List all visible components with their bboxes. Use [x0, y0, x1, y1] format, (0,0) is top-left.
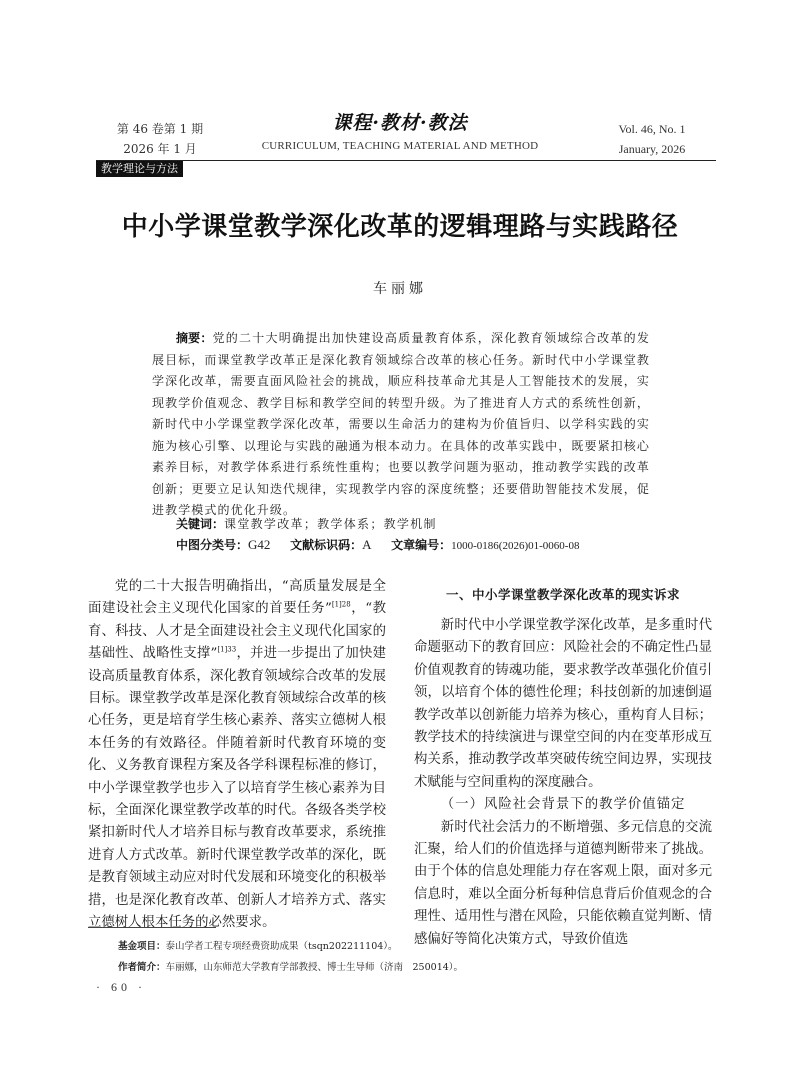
section-paragraph-1: 新时代中小学课堂教学深化改革，是多重时代命题驱动下的教育回应：风险社会的不确定性…	[414, 615, 712, 794]
body-left-column: 党的二十大报告明确指出，“高质量发展是全面建设社会主义现代化国家的首要任务”[1…	[88, 576, 386, 935]
fund-text: 泰山学者工程专项经费资助成果（tsqn202211104）。	[166, 941, 398, 952]
keywords-value: 课堂教学改革；教学体系；教学机制	[224, 517, 437, 531]
body-right-column: 一、中小学课堂教学深化改革的现实诉求 新时代中小学课堂教学深化改革，是多重时代命…	[414, 584, 712, 951]
subsection-heading: （一）风险社会背景下的教学价值锚定	[414, 794, 712, 816]
author-bio-text: 车丽娜，山东师范大学教育学部教授、博士生导师（济南 250014）。	[166, 962, 464, 973]
volume-issue-cn: 第 46 卷第 1 期	[100, 119, 220, 139]
abstract-label: 摘要：	[176, 331, 213, 345]
intro-paragraph: 党的二十大报告明确指出，“高质量发展是全面建设社会主义现代化国家的首要任务”[1…	[88, 576, 386, 935]
clc-label: 中图分类号：	[176, 538, 248, 552]
article-title: 中小学课堂教学深化改革的逻辑理路与实践路径	[60, 206, 740, 243]
section-tag: 教学理论与方法	[96, 161, 183, 177]
journal-masthead: 课程·教材·教法 CURRICULUM, TEACHING MATERIAL A…	[250, 112, 550, 152]
footnote-fund: 基金项目：泰山学者工程专项经费资助成果（tsqn202211104）。	[118, 938, 398, 956]
header-issue-en: Vol. 46, No. 1 January, 2026	[592, 119, 712, 159]
abstract: 摘要：党的二十大明确提出加快建设高质量教育体系，深化教育领域综合改革的发展目标，…	[152, 328, 650, 522]
doc-code-value: A	[362, 537, 371, 552]
header-divider	[96, 160, 716, 161]
section-heading: 一、中小学课堂教学深化改革的现实诉求	[414, 584, 712, 606]
intro-text-3: ，并进一步提出了加快建设高质量教育体系，深化教育领域综合改革的发展目标。课堂教学…	[88, 646, 386, 930]
citation-1[interactable]: [1]28	[332, 601, 351, 609]
footnote-divider	[88, 927, 216, 928]
doc-code-label: 文献标识码：	[290, 538, 362, 552]
volume-issue-en: Vol. 46, No. 1	[592, 119, 712, 139]
citation-2[interactable]: [1]33	[217, 646, 236, 654]
intro-text-1: 党的二十大报告明确指出，“高质量发展是全面建设社会主义现代化国家的首要任务”	[88, 579, 386, 616]
classification-line: 中图分类号：G42 文献标识码：A 文章编号：1000-0186(2026)01…	[176, 535, 579, 556]
clc-value: G42	[248, 537, 270, 552]
section-paragraph-2: 新时代社会活力的不断增强、多元信息的交流汇聚，给人们的价值选择与道德判断带来了挑…	[414, 817, 712, 951]
issue-date-en: January, 2026	[592, 139, 712, 159]
article-author: 车丽娜	[300, 278, 500, 298]
article-no-label: 文章编号：	[391, 538, 451, 552]
article-no-value: 1000-0186(2026)01-0060-08	[451, 540, 579, 552]
abstract-text: 党的二十大明确提出加快建设高质量教育体系，深化教育领域综合改革的发展目标，而课堂…	[152, 331, 650, 517]
page-number: · 60 ·	[96, 980, 146, 995]
author-bio-label: 作者简介：	[118, 962, 166, 973]
issue-date-cn: 2026 年 1 月	[100, 139, 220, 159]
journal-title-cn: 课程·教材·教法	[250, 112, 550, 134]
keywords-label: 关键词：	[176, 517, 224, 531]
header-issue-cn: 第 46 卷第 1 期 2026 年 1 月	[100, 119, 220, 159]
fund-label: 基金项目：	[118, 941, 166, 952]
footnote-author: 作者简介：车丽娜，山东师范大学教育学部教授、博士生导师（济南 250014）。	[118, 959, 463, 977]
journal-title-en: CURRICULUM, TEACHING MATERIAL AND METHOD	[250, 140, 550, 152]
keywords-line: 关键词：课堂教学改革；教学体系；教学机制	[176, 514, 437, 534]
